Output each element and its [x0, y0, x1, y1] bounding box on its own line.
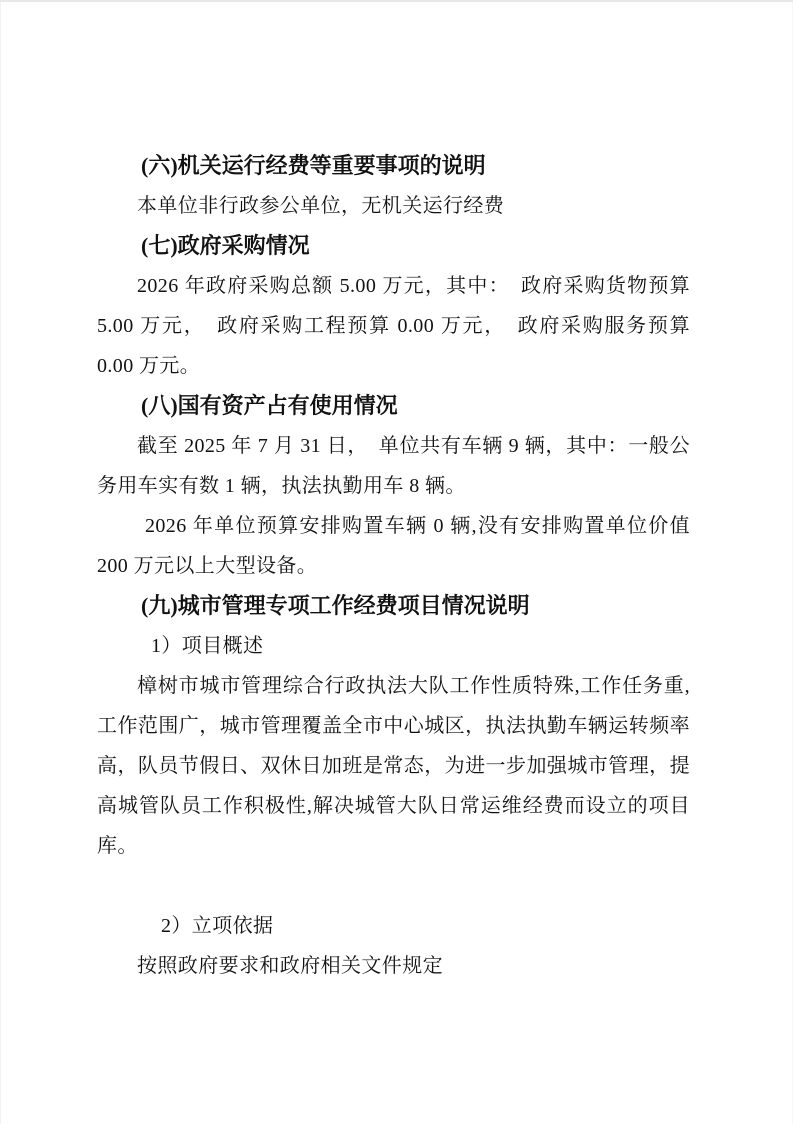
blank-line [97, 866, 690, 906]
para-procurement-budget: 2026 年政府采购总额 5.00 万元，其中： 政府采购货物预算 5.00 万… [97, 266, 690, 386]
para-project-overview: 樟树市城市管理综合行政执法大队工作性质特殊,工作任务重,工作范围广，城市管理覆盖… [97, 666, 690, 866]
section-heading-state-assets: (八)国有资产占有使用情况 [97, 386, 690, 426]
para-vehicle-holdings: 截至 2025 年 7 月 31 日， 单位共有车辆 9 辆，其中：一般公务用车… [97, 426, 690, 506]
item-project-overview-title: 1）项目概述 [97, 626, 690, 666]
item-project-basis-title: 2）立项依据 [97, 906, 690, 946]
para-operating-expenses: 本单位非行政参公单位，无机关运行经费 [97, 186, 690, 226]
document-content: (六)机关运行经费等重要事项的说明 本单位非行政参公单位，无机关运行经费 (七)… [97, 146, 690, 986]
section-heading-operating-expenses: (六)机关运行经费等重要事项的说明 [97, 146, 690, 186]
document-page: (六)机关运行经费等重要事项的说明 本单位非行政参公单位，无机关运行经费 (七)… [0, 0, 793, 1124]
section-heading-government-procurement: (七)政府采购情况 [97, 226, 690, 266]
para-vehicle-purchase-budget: 2026 年单位预算安排购置车辆 0 辆,没有安排购置单位价值 200 万元以上… [97, 506, 690, 586]
section-heading-urban-management-project: (九)城市管理专项工作经费项目情况说明 [97, 586, 690, 626]
para-project-basis: 按照政府要求和政府相关文件规定 [97, 946, 690, 986]
